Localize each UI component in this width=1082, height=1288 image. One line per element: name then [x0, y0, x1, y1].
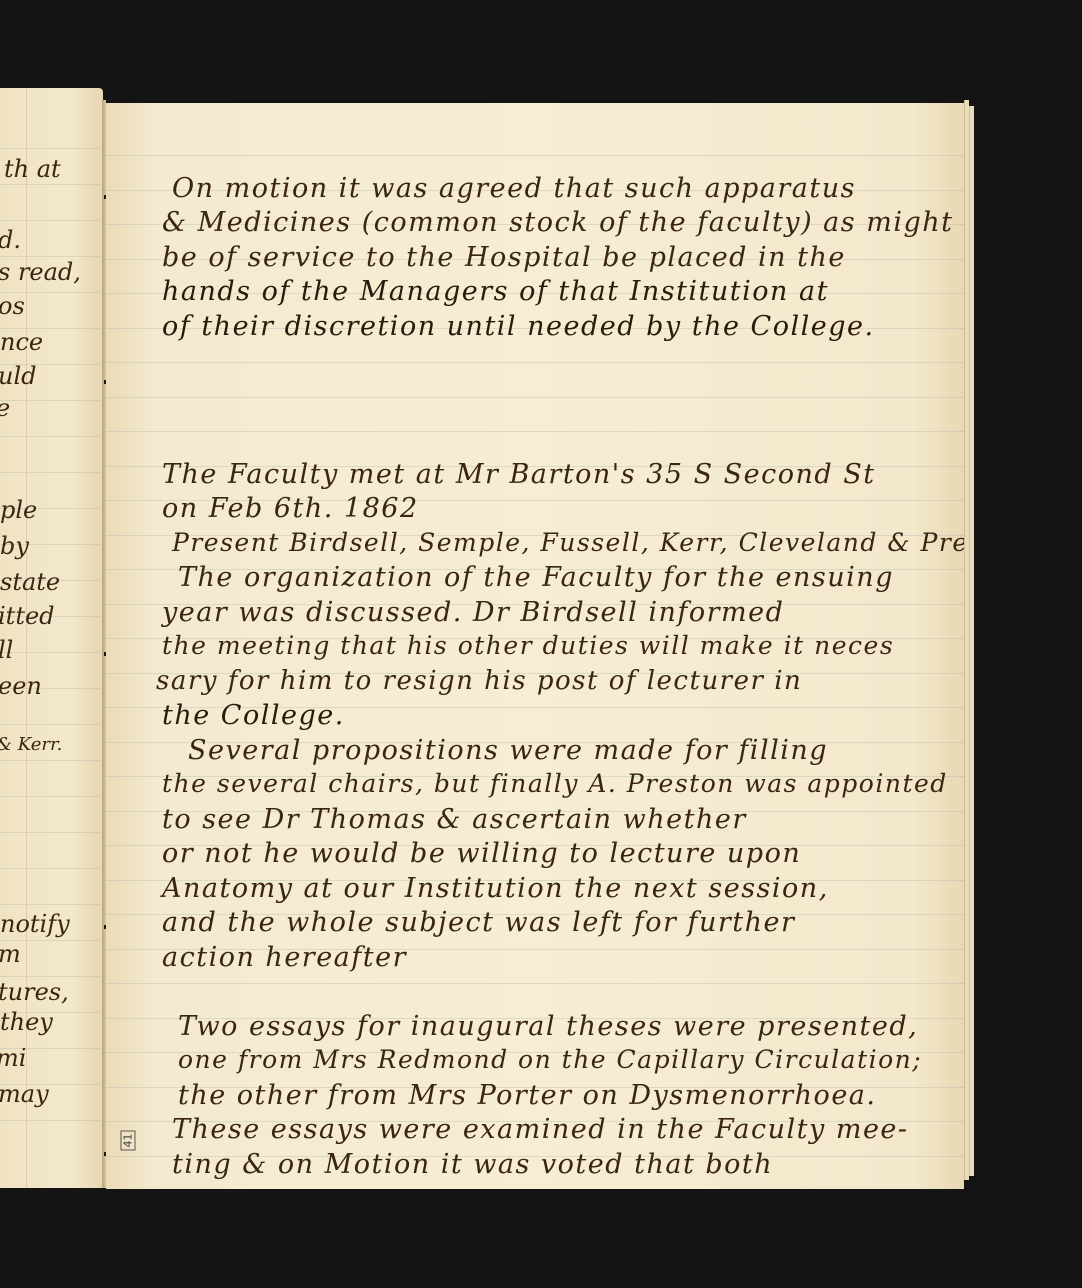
- left-fragment: itted: [0, 602, 55, 630]
- left-fragment: ll: [0, 636, 13, 664]
- left-fragment: may: [0, 1080, 49, 1108]
- attendance-list: Present Birdsell, Semple, Fussell, Kerr,…: [172, 528, 964, 557]
- handwritten-line: the other from Mrs Porter on Dysmenorrho…: [178, 1080, 876, 1111]
- handwritten-line: sary for him to resign his post of lectu…: [156, 666, 802, 696]
- handwritten-line: Anatomy at our Institution the next sess…: [162, 873, 829, 904]
- meeting-location: The Faculty met at Mr Barton's 35 S Seco…: [162, 459, 876, 490]
- handwritten-line: the College.: [162, 700, 345, 731]
- handwritten-line: ting & on Motion it was voted that both: [172, 1149, 773, 1180]
- left-fragment: m: [0, 940, 21, 968]
- handwritten-line: & Medicines (common stock of the faculty…: [162, 207, 953, 238]
- left-fragment: nce: [0, 328, 43, 356]
- left-fragment: een: [0, 672, 42, 700]
- left-page: th at d. s read, os nce uld e ple by sta…: [0, 88, 103, 1188]
- handwritten-line: to see Dr Thomas & ascertain whether: [162, 804, 747, 835]
- handwritten-line: or not he would be willing to lecture up…: [162, 838, 801, 869]
- left-fragment: & Kerr.: [0, 734, 62, 755]
- meeting-date: on Feb 6th. 1862: [162, 493, 419, 524]
- left-fragment: th at: [4, 155, 61, 183]
- handwritten-line: The organization of the Faculty for the …: [178, 562, 894, 593]
- handwritten-line: and the whole subject was left for furth…: [162, 907, 795, 938]
- page-number: 41: [121, 1131, 136, 1151]
- page-stack-edge: [969, 106, 974, 1176]
- handwritten-line: the several chairs, but finally A. Prest…: [162, 769, 948, 798]
- left-fragment: d.: [0, 226, 21, 254]
- handwritten-line: be of service to the Hospital be placed …: [162, 242, 846, 273]
- handwritten-line: On motion it was agreed that such appara…: [172, 173, 856, 204]
- left-fragment: tures,: [0, 978, 69, 1006]
- right-page: On motion it was agreed that such appara…: [106, 103, 964, 1189]
- left-fragment: os: [0, 292, 25, 320]
- left-fragment: state: [0, 568, 60, 596]
- left-fragment: notify: [0, 910, 70, 938]
- left-fragment: ple: [0, 496, 37, 524]
- handwritten-line: of their discretion until needed by the …: [162, 311, 875, 342]
- left-fragment: uld: [0, 362, 37, 390]
- handwritten-line: hands of the Managers of that Institutio…: [162, 276, 829, 307]
- handwritten-line: one from Mrs Redmond on the Capillary Ci…: [178, 1045, 922, 1074]
- handwritten-line: Two essays for inaugural theses were pre…: [178, 1011, 918, 1042]
- left-fragment: by: [0, 532, 29, 560]
- left-fragment: e: [0, 394, 10, 422]
- handwritten-line: year was discussed. Dr Birdsell informed: [162, 597, 784, 628]
- left-fragment: they: [0, 1008, 53, 1036]
- handwritten-line: action hereafter: [162, 942, 407, 973]
- handwritten-line: Several propositions were made for filli…: [188, 735, 828, 766]
- left-fragment: s read,: [0, 258, 81, 286]
- handwritten-line: the meeting that his other duties will m…: [162, 631, 894, 660]
- left-fragment: mi: [0, 1044, 26, 1072]
- handwritten-line: These essays were examined in the Facult…: [172, 1114, 909, 1145]
